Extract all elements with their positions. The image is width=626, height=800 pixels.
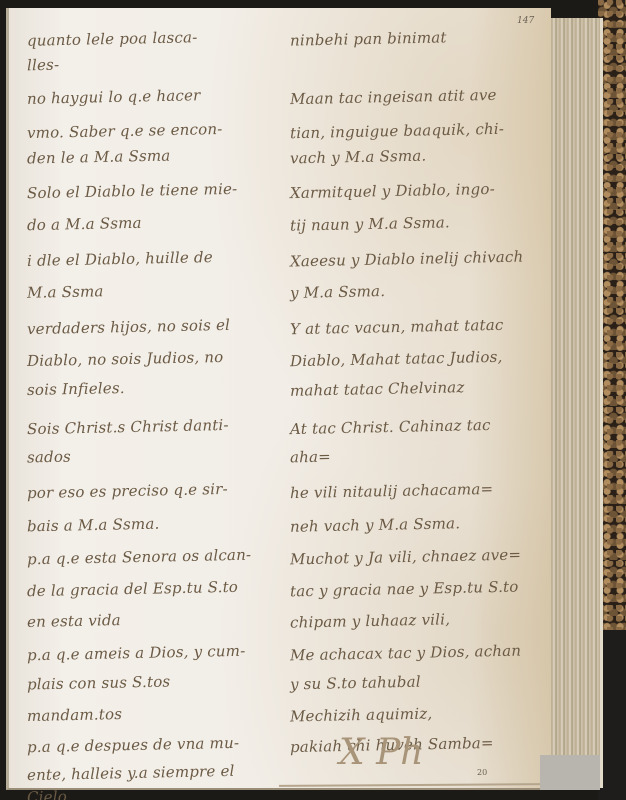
left-line: p.a q.e ameis a Dios, y cum- (27, 642, 246, 665)
right-line: tian, inguigue baaquik, chi- (290, 120, 504, 142)
left-line: i dle el Diablo, huille de (27, 248, 213, 270)
left-line: Sois Christ.s Christ danti- (27, 416, 229, 438)
right-line: y M.a Ssma. (290, 282, 386, 302)
right-line: chipam y luhaaz vili, (290, 610, 450, 631)
right-line: vach y M.a Ssma. (290, 147, 427, 168)
folio-number: 147 (517, 16, 534, 26)
bottom-rule-line (279, 783, 544, 787)
right-line: neh vach y M.a Ssma. (290, 514, 461, 536)
left-line: do a M.a Ssma (27, 214, 142, 234)
right-line: At tac Christ. Cahinaz tac (290, 416, 491, 438)
left-line: sois Infieles. (27, 379, 125, 399)
manuscript-page: 147 quanto lele poa lasca- lles- no hayg… (6, 8, 551, 790)
left-line: ente, halleis y.a siempre el (27, 762, 235, 784)
right-line: Muchot y Ja vili, chnaez ave= (290, 546, 521, 569)
left-line: vmo. Saber q.e se encon- (27, 120, 223, 142)
left-line: quanto lele poa lasca- (27, 28, 198, 50)
left-line: Cielo (27, 788, 67, 800)
page-edges (542, 18, 603, 788)
right-line: Mechizih aquimiz, (290, 705, 433, 726)
left-line: bais a M.a Ssma. (27, 515, 160, 536)
bottom-mark: 20 (477, 768, 487, 777)
right-line: ninbehi pan binimat (290, 28, 447, 49)
torn-corner (540, 755, 600, 790)
right-line: y su S.to tahubal (290, 673, 421, 694)
left-line: no haygui lo q.e hacer (27, 86, 201, 108)
left-line: p.a q.e despues de vna mu- (27, 734, 239, 756)
right-line: he vili nitaulij achacama= (290, 480, 494, 502)
left-line: mandam.tos (27, 705, 122, 725)
right-line: tij naun y M.a Ssma. (290, 213, 450, 234)
right-line: mahat tatac Chelvinaz (290, 378, 465, 400)
right-line: Maan tac ingeisan atit ave (290, 86, 497, 108)
left-line: Solo el Diablo le tiene mie- (27, 180, 238, 202)
right-line: Xarmitquel y Diablo, ingo- (290, 180, 495, 202)
left-line: den le a M.a Ssma (27, 146, 171, 167)
left-line: verdaders hijos, no sois el (27, 316, 230, 338)
right-line: Diablo, Mahat tatac Judios, (290, 348, 503, 370)
left-line: lles- (27, 56, 60, 75)
right-line: tac y gracia nae y Esp.tu S.to (290, 578, 519, 601)
left-line: p.a q.e esta Senora os alcan- (27, 546, 252, 569)
right-line: Xaeesu y Diablo inelij chivach (290, 248, 524, 271)
right-line: aha= (290, 448, 331, 467)
left-line: de la gracia del Esp.tu S.to (27, 578, 238, 600)
left-line: Diablo, no sois Judios, no (27, 348, 224, 370)
left-line: en esta vida (27, 611, 121, 631)
right-line: Me achacax tac y Dios, achan (290, 642, 522, 665)
right-line: Y at tac vacun, mahat tatac (290, 316, 504, 338)
left-line: plais con sus S.tos (27, 673, 171, 694)
left-line: por eso es preciso q.e sir- (27, 480, 228, 502)
left-line: sados (27, 448, 71, 467)
left-line: M.a Ssma (27, 282, 104, 302)
rubric-flourish: X Ph (339, 732, 423, 773)
